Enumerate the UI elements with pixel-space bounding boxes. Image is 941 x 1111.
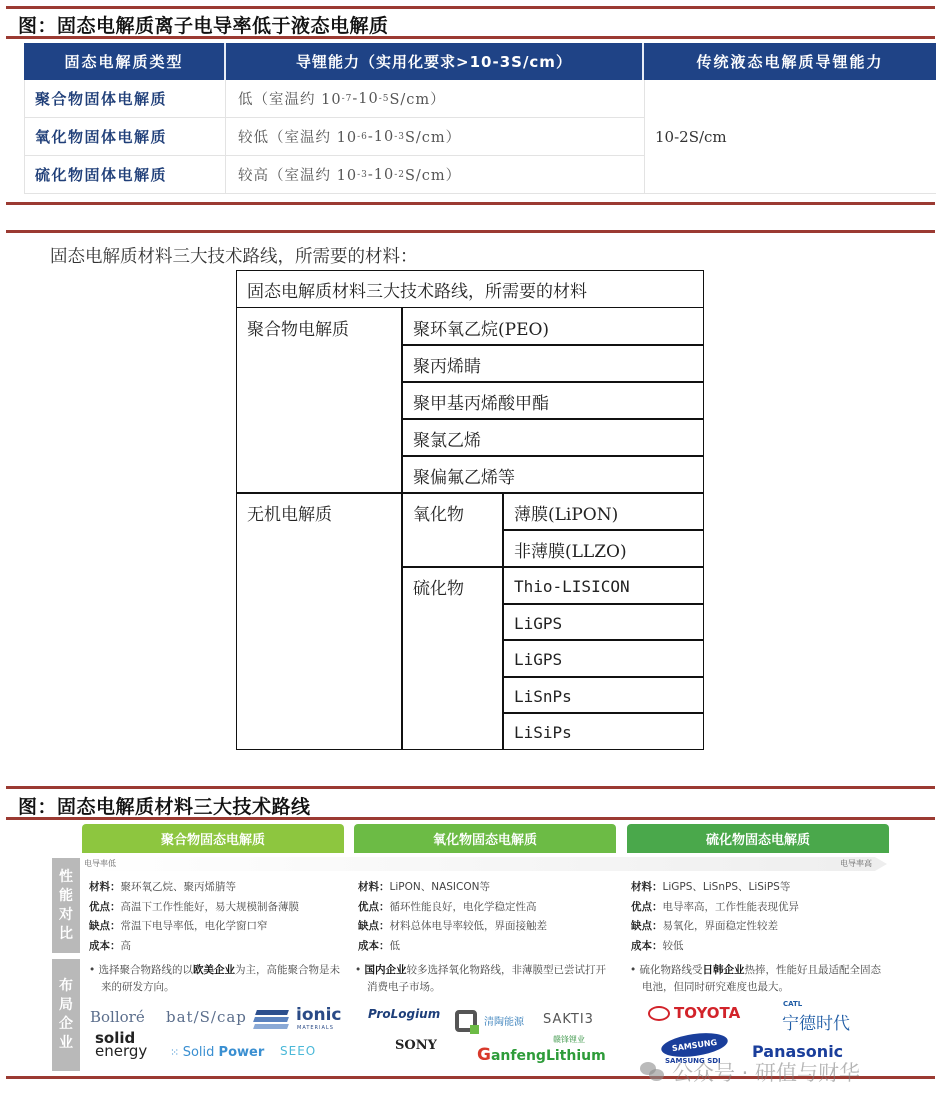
ionic-logo-icon <box>254 1007 290 1031</box>
materials-table-header: 固态电解质材料三大技术路线，所需要的材料 <box>237 271 703 308</box>
oxide-item-text: 薄膜(LiPON) <box>514 500 618 525</box>
conductivity-arrow <box>82 857 887 871</box>
table-bottom-rule <box>6 202 935 205</box>
ability-suffix: S/cm） <box>389 88 445 109</box>
tag-char: 业 <box>59 1034 73 1053</box>
liquid-value: 10-2S/cm <box>644 80 936 194</box>
category-sulfide: 硫化物固态电解质 <box>627 824 889 853</box>
polymer-item: 聚偏氟乙烯等 <box>403 457 515 494</box>
ability-mid: -10 <box>368 167 394 183</box>
prop-label: 材料： <box>89 881 121 893</box>
figure2-title: 图：固态电解质材料三大技术路线 <box>18 792 311 819</box>
bullet-bold: 欧美企业 <box>193 964 235 976</box>
ionic-materials: MATERIALS <box>297 1025 334 1031</box>
table-header-row: 固态电解质类型 导锂能力（实用化要求>10-3S/cm） 传统液态电解质导锂能力 <box>24 43 936 80</box>
inorganic-label: 无机电解质 <box>237 494 332 531</box>
polymer-item: 聚甲基丙烯酸甲酯 <box>403 383 549 420</box>
polymer-item: 聚环氧乙烷(PEO) <box>403 309 549 346</box>
bullet-bold: 日韩企业 <box>703 964 745 976</box>
solid-power-logo: ⁙ Solid Power <box>170 1045 264 1060</box>
category-polymer: 聚合物固态电解质 <box>82 824 344 853</box>
oxide-item: 薄膜(LiPON) <box>504 494 618 531</box>
prop-label: 缺点： <box>89 920 121 932</box>
energy-text: energy <box>95 1045 147 1058</box>
sulfide-item: LiGPS <box>504 641 562 678</box>
header-ability: 导锂能力（实用化要求>10-3S/cm） <box>226 43 644 80</box>
ability-suffix: S/cm） <box>405 126 461 147</box>
prop-value: LiGPS、LiSnPS、LiSiPS等 <box>663 881 791 893</box>
header-liquid: 传统液态电解质导锂能力 <box>644 43 936 80</box>
tag-char: 布 <box>59 977 73 996</box>
figure1-title: 图：固态电解质离子电导率低于液态电解质 <box>18 11 389 38</box>
category-oxide: 氧化物固态电解质 <box>354 824 616 853</box>
prop-label: 缺点： <box>358 920 390 932</box>
prop-label: 成本： <box>89 940 121 952</box>
polymer-item: 聚氯乙烯 <box>403 420 481 457</box>
section-divider-rule <box>6 230 935 233</box>
polymer-props: 材料：聚环氧乙烷、聚丙烯腈等 优点：高温下工作性能好，易大规模制备薄膜 缺点：常… <box>89 878 299 956</box>
performance-tag: 性 能 对 比 <box>52 858 80 953</box>
sony-logo: SONY <box>395 1038 437 1053</box>
polymer-bullet: • 选择聚合物路线的以欧美企业为主，高能聚合物是未来的研发方向。 <box>89 962 349 996</box>
solid-energy-logo: solid energy <box>95 1032 147 1058</box>
solid-power-icon: ⁙ <box>170 1046 183 1059</box>
prop-label: 缺点： <box>631 920 663 932</box>
watermark-text: 公众号 · 研值与财华 <box>672 1057 860 1087</box>
oxide-label: 氧化物 <box>403 494 464 531</box>
prop-value: 循环性能良好，电化学稳定性高 <box>390 901 537 913</box>
watermark: 公众号 · 研值与财华 <box>640 1057 860 1087</box>
bullet-bold: 国内企业 <box>365 964 407 976</box>
catl-logo: CATL <box>783 1000 802 1008</box>
arrow-low-label: 电导率低 <box>84 858 116 869</box>
prop-value: LiPON、NASICON等 <box>390 881 490 893</box>
row-type: 硫化物固体电解质 <box>24 156 226 194</box>
prop-label: 优点： <box>89 901 121 913</box>
tag-char: 能 <box>59 887 73 906</box>
tag-char: 企 <box>59 1015 73 1034</box>
prop-value: 低 <box>390 940 401 952</box>
prop-value: 电导率高，工作性能表现优异 <box>663 901 800 913</box>
sulfide-label: 硫化物 <box>403 568 464 605</box>
seeo-logo: SEEO <box>280 1044 316 1058</box>
oxide-item: 非薄膜(LLZO) <box>504 531 627 568</box>
sulfide-item: Thio-LISICON <box>504 568 630 605</box>
bullet-text: 硫化物路线受 <box>640 964 703 976</box>
bollore-logo: Bolloré <box>90 1008 145 1026</box>
header-type: 固态电解质类型 <box>24 43 226 80</box>
samsung-logo: SAMSUNG <box>660 1029 729 1060</box>
ganfeng-word: anfengLithium <box>491 1048 606 1064</box>
row-type: 氧化物固体电解质 <box>24 118 226 156</box>
ability-prefix: 低（室温约 10 <box>238 88 342 109</box>
qingtao-logo-icon <box>455 1010 477 1032</box>
ganfeng-g: G <box>477 1045 491 1065</box>
polymer-label: 聚合物电解质 <box>237 309 349 346</box>
tag-char: 比 <box>59 925 73 944</box>
sulfide-item: LiSiPs <box>504 714 572 751</box>
ability-prefix: 较高（室温约 10 <box>238 164 357 185</box>
sulfide-item: LiSnPs <box>504 678 572 715</box>
tag-char: 性 <box>59 868 73 887</box>
ionic-logo: ionic <box>296 1005 342 1025</box>
sulfide-bullet: • 硫化物路线受日韩企业热捧，性能好且最适配全固态电池，但同时研究难度也最大。 <box>630 962 890 996</box>
prop-value: 较低 <box>663 940 684 952</box>
sakti3-logo: SAKTI3 <box>543 1012 594 1027</box>
prologium-logo: ProLogium <box>368 1007 440 1021</box>
ganfeng-logo: GanfengLithium <box>477 1045 606 1065</box>
sulfide-item: LiGPS <box>504 605 562 642</box>
title-underline <box>6 36 935 39</box>
prop-value: 高温下工作性能好，易大规模制备薄膜 <box>121 901 300 913</box>
oxide-bullet: • 国内企业较多选择氧化物路线，非薄膜型已尝试打开消费电子市场。 <box>355 962 615 996</box>
catl-cn-logo: 宁德时代 <box>782 1009 850 1034</box>
power-word: Power <box>219 1045 265 1060</box>
prop-value: 高 <box>121 940 132 952</box>
prop-value: 材料总体电导率较低，界面接触差 <box>390 920 548 932</box>
arrow-high-label: 电导率高 <box>840 858 872 869</box>
row-ability: 低（室温约 10-7-10-5S/cm） <box>226 80 644 118</box>
companies-tag: 布 局 企 业 <box>52 959 80 1071</box>
toyota-emblem-icon <box>648 1006 670 1021</box>
ability-mid: -10 <box>368 129 394 145</box>
prop-label: 成本： <box>358 940 390 952</box>
solid-word: Solid <box>183 1045 215 1060</box>
ganfeng-cn-logo: 赣锋锂业 <box>553 1034 585 1045</box>
prop-label: 材料： <box>631 881 663 893</box>
intro-text: 固态电解质材料三大技术路线，所需要的材料： <box>50 243 418 268</box>
ability-prefix: 较低（室温约 10 <box>238 126 357 147</box>
polymer-item: 聚丙烯睛 <box>403 346 481 383</box>
prop-value: 常温下电导率低，电化学窗口窄 <box>121 920 268 932</box>
conductivity-table: 固态电解质类型 导锂能力（实用化要求>10-3S/cm） 传统液态电解质导锂能力… <box>24 43 936 194</box>
qingtao-logo: 清陶能源 <box>484 1013 524 1028</box>
row-ability: 较低（室温约 10-6-10-3S/cm） <box>226 118 644 156</box>
prop-label: 优点： <box>358 901 390 913</box>
prop-value: 易氧化，界面稳定性较差 <box>663 920 779 932</box>
ability-suffix: S/cm） <box>405 164 461 185</box>
materials-table: 固态电解质材料三大技术路线，所需要的材料 聚合物电解质 聚环氧乙烷(PEO) 聚… <box>236 270 704 750</box>
toyota-logo: TOYOTA <box>674 1004 740 1022</box>
prop-label: 材料： <box>358 881 390 893</box>
oxide-props: 材料：LiPON、NASICON等 优点：循环性能良好，电化学稳定性高 缺点：材… <box>358 878 547 956</box>
batscap-logo: bat/S/cap <box>166 1008 247 1026</box>
prop-label: 优点： <box>631 901 663 913</box>
ability-mid: -10 <box>352 91 378 107</box>
wechat-icon <box>640 1062 666 1082</box>
tech-routes-infographic: 聚合物固态电解质 氧化物固态电解质 硫化物固态电解质 电导率低 电导率高 性 能… <box>0 820 941 1075</box>
sulfide-props: 材料：LiGPS、LiSnPS、LiSiPS等 优点：电导率高，工作性能表现优异… <box>631 878 799 956</box>
prop-label: 成本： <box>631 940 663 952</box>
tag-char: 对 <box>59 906 73 925</box>
bullet-text: 选择聚合物路线的以 <box>99 964 194 976</box>
oxide-item-text: 非薄膜(LLZO) <box>514 537 627 562</box>
row-ability: 较高（室温约 10-3-10-2S/cm） <box>226 156 644 194</box>
figure2-top-rule <box>6 786 935 789</box>
tag-char: 局 <box>59 996 73 1015</box>
top-rule <box>6 6 935 9</box>
prop-value: 聚环氧乙烷、聚丙烯腈等 <box>121 881 237 893</box>
row-type: 聚合物固体电解质 <box>24 80 226 118</box>
